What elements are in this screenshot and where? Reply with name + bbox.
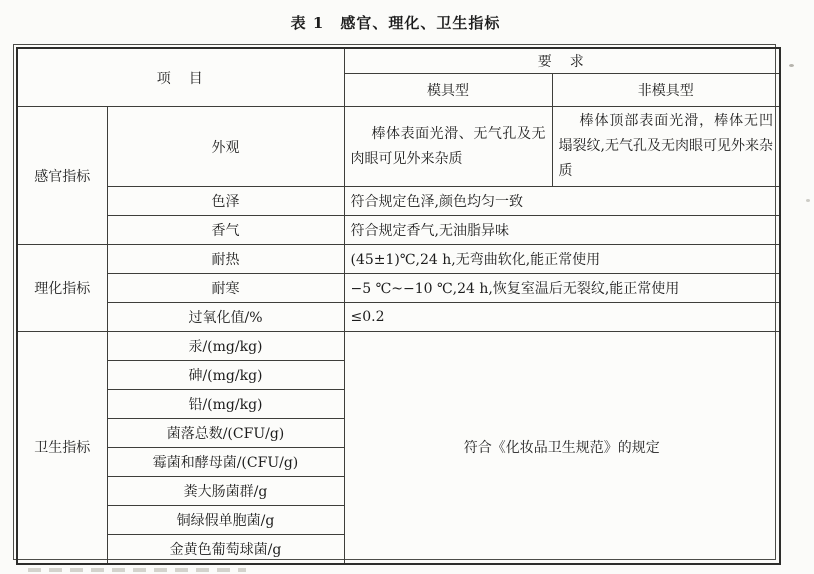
item-total-colony-cell: 菌落总数/(CFU/g) (107, 419, 344, 448)
req-appearance-mold-cell: 棒体表面光滑、无气孔及无肉眼可见外来杂质 (344, 107, 552, 187)
item-cold-cell: 耐寒 (107, 274, 344, 303)
item-heat-cell: 耐热 (107, 245, 344, 274)
category-sensory-cell: 感官指标 (17, 107, 107, 245)
req-hygiene-merged-cell: 符合《化妆品卫生规范》的规定 (344, 332, 780, 564)
category-physicochemical-cell: 理化指标 (17, 245, 107, 332)
cropped-text-artifact (28, 568, 246, 572)
item-peroxide-cell: 过氧化值/% (107, 303, 344, 332)
header-requirement-cell: 要 求 (344, 48, 780, 74)
table-title: 表 1 感官、理化、卫生指标 (13, 12, 778, 33)
req-appearance-non-mold-cell: 棒体顶部表面光滑，棒体无凹塌裂纹,无气孔及无肉眼可见外来杂质 (552, 107, 780, 187)
req-cold-cell: −5 ℃~−10 ℃,24 h,恢复室温后无裂纹,能正常使用 (344, 274, 780, 303)
req-peroxide-cell: ≤0.2 (344, 303, 780, 332)
header-mold-type-cell: 模具型 (344, 74, 552, 107)
item-arsenic-cell: 砷/(mg/kg) (107, 361, 344, 390)
item-fragrance-cell: 香气 (107, 216, 344, 245)
item-appearance-cell: 外观 (107, 107, 344, 187)
item-color-cell: 色泽 (107, 187, 344, 216)
spec-table-frame: 项 目 要 求 模具型 非模具型 感官指标 外观 棒体表面光滑、无气孔及无肉眼可… (13, 44, 776, 560)
req-heat-cell: (45±1)℃,24 h,无弯曲软化,能正常使用 (344, 245, 780, 274)
item-lead-cell: 铅/(mg/kg) (107, 390, 344, 419)
spec-table: 项 目 要 求 模具型 非模具型 感官指标 外观 棒体表面光滑、无气孔及无肉眼可… (16, 47, 781, 565)
req-color-cell: 符合规定色泽,颜色均匀一致 (344, 187, 780, 216)
item-pseudomonas-cell: 铜绿假单胞菌/g (107, 506, 344, 535)
item-staphylococcus-cell: 金黄色葡萄球菌/g (107, 535, 344, 564)
category-hygiene-cell: 卫生指标 (17, 332, 107, 564)
header-item-cell: 项 目 (17, 48, 344, 107)
item-mold-yeast-cell: 霉菌和酵母菌/(CFU/g) (107, 448, 344, 477)
item-mercury-cell: 汞/(mg/kg) (107, 332, 344, 361)
header-non-mold-type-cell: 非模具型 (552, 74, 780, 107)
scan-speck (806, 199, 810, 202)
req-fragrance-cell: 符合规定香气,无油脂异味 (344, 216, 780, 245)
scan-speck (789, 64, 794, 67)
item-fecal-coliform-cell: 粪大肠菌群/g (107, 477, 344, 506)
